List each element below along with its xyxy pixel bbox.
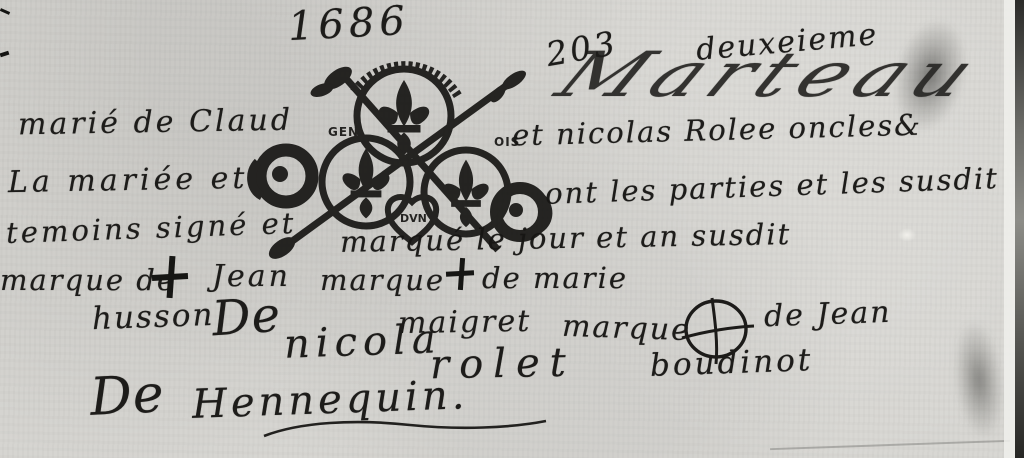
stamp-ribbon-left-text: GEN: [328, 125, 359, 139]
body-line4-de-marie: de marie: [482, 264, 628, 293]
parish-register-scan: 1686 203 deuxeieme Marteau marié de Clau…: [0, 0, 1024, 458]
body-line1-right: et nicolas Rolee oncles&: [512, 111, 923, 151]
paper-white-spot: [898, 228, 916, 242]
stamp-heart-text: DVN: [400, 212, 427, 225]
edge-mark-top-left: [0, 8, 10, 15]
cross-mark-icon: [446, 258, 474, 290]
signature-nicolas: nicola: [283, 319, 442, 364]
generalite-tax-stamp-icon: GEN OIS DVN: [246, 54, 558, 260]
paraph-husson: De: [210, 291, 282, 344]
page-edge-shadow-line: [770, 440, 1010, 450]
stamp-ribbon-right-text: OIS: [494, 135, 520, 149]
ink-smudge-bottom-right: [949, 318, 1009, 442]
body-line2-left: La mariée et: [8, 164, 249, 198]
signature-boudinot: boudinot: [650, 345, 814, 382]
body-line4-jean: Jean: [212, 262, 291, 292]
cross-mark-icon: [152, 256, 188, 298]
scan-edge-light-strip: [1004, 0, 1015, 458]
signature-flourish-underline: [260, 416, 550, 442]
paraph-hennequin: De: [89, 368, 166, 424]
scan-edge-dark-band: [1015, 0, 1024, 458]
body-line4-marque: marque: [320, 266, 445, 295]
body-line4-marque-de: marque de: [0, 266, 176, 295]
signature-husson: husson: [91, 300, 214, 335]
signature-marque-word: marque: [562, 312, 692, 346]
signature-de-jean: de Jean: [764, 298, 892, 332]
edge-mark-left: [0, 51, 9, 58]
year-annotation: 1686: [287, 1, 411, 47]
body-line2-right: ont les parties et les susdit: [545, 164, 1000, 209]
